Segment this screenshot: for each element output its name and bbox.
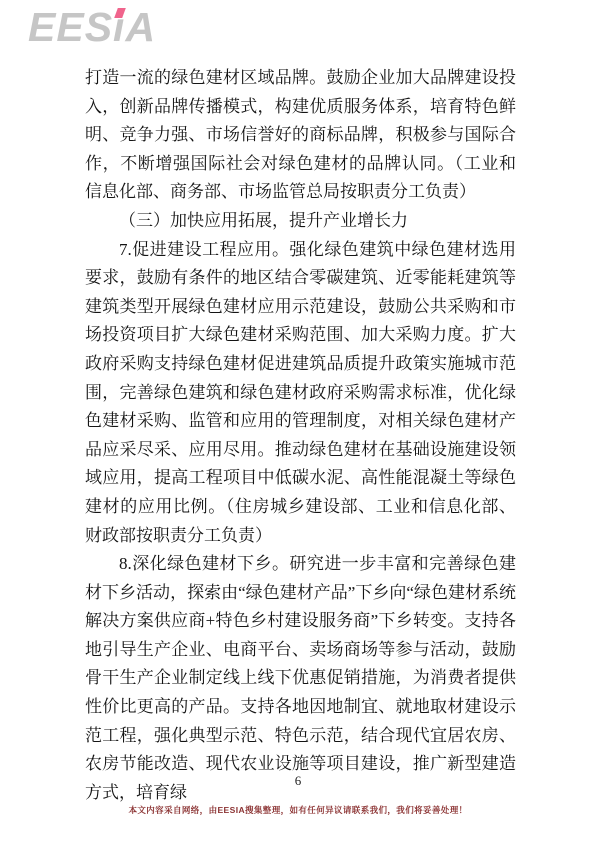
logo-text-before: EES — [28, 4, 113, 50]
paragraph: 打造一流的绿色建材区域品牌。鼓励企业加大品牌建设投入，创新品牌传播模式，构建优质… — [85, 64, 516, 207]
paragraph: （三）加快应用拓展，提升产业增长力 — [85, 207, 516, 236]
logo-text-after: A — [125, 4, 156, 50]
paragraph: 7.促进建设工程应用。强化绿色建筑中绿色建材选用要求，鼓励有条件的地区结合零碳建… — [85, 236, 516, 551]
paragraph: 8.深化绿色建材下乡。研究进一步丰富和完善绿色建材下乡活动，探索由“绿色建材产品… — [85, 550, 516, 807]
logo-letter-i: ı — [113, 4, 125, 51]
document-body: 打造一流的绿色建材区域品牌。鼓励企业加大品牌建设投入，创新品牌传播模式，构建优质… — [85, 64, 516, 807]
page-number: 6 — [0, 773, 596, 789]
document-page: EESıA 打造一流的绿色建材区域品牌。鼓励企业加大品牌建设投入，创新品牌传播模… — [0, 0, 596, 842]
eesia-logo: EESıA — [28, 4, 156, 51]
footer-disclaimer: 本文内容采自网络，由EESIA搜集整理，如有任何异议请联系我们，我们将妥善处理！ — [0, 804, 596, 816]
